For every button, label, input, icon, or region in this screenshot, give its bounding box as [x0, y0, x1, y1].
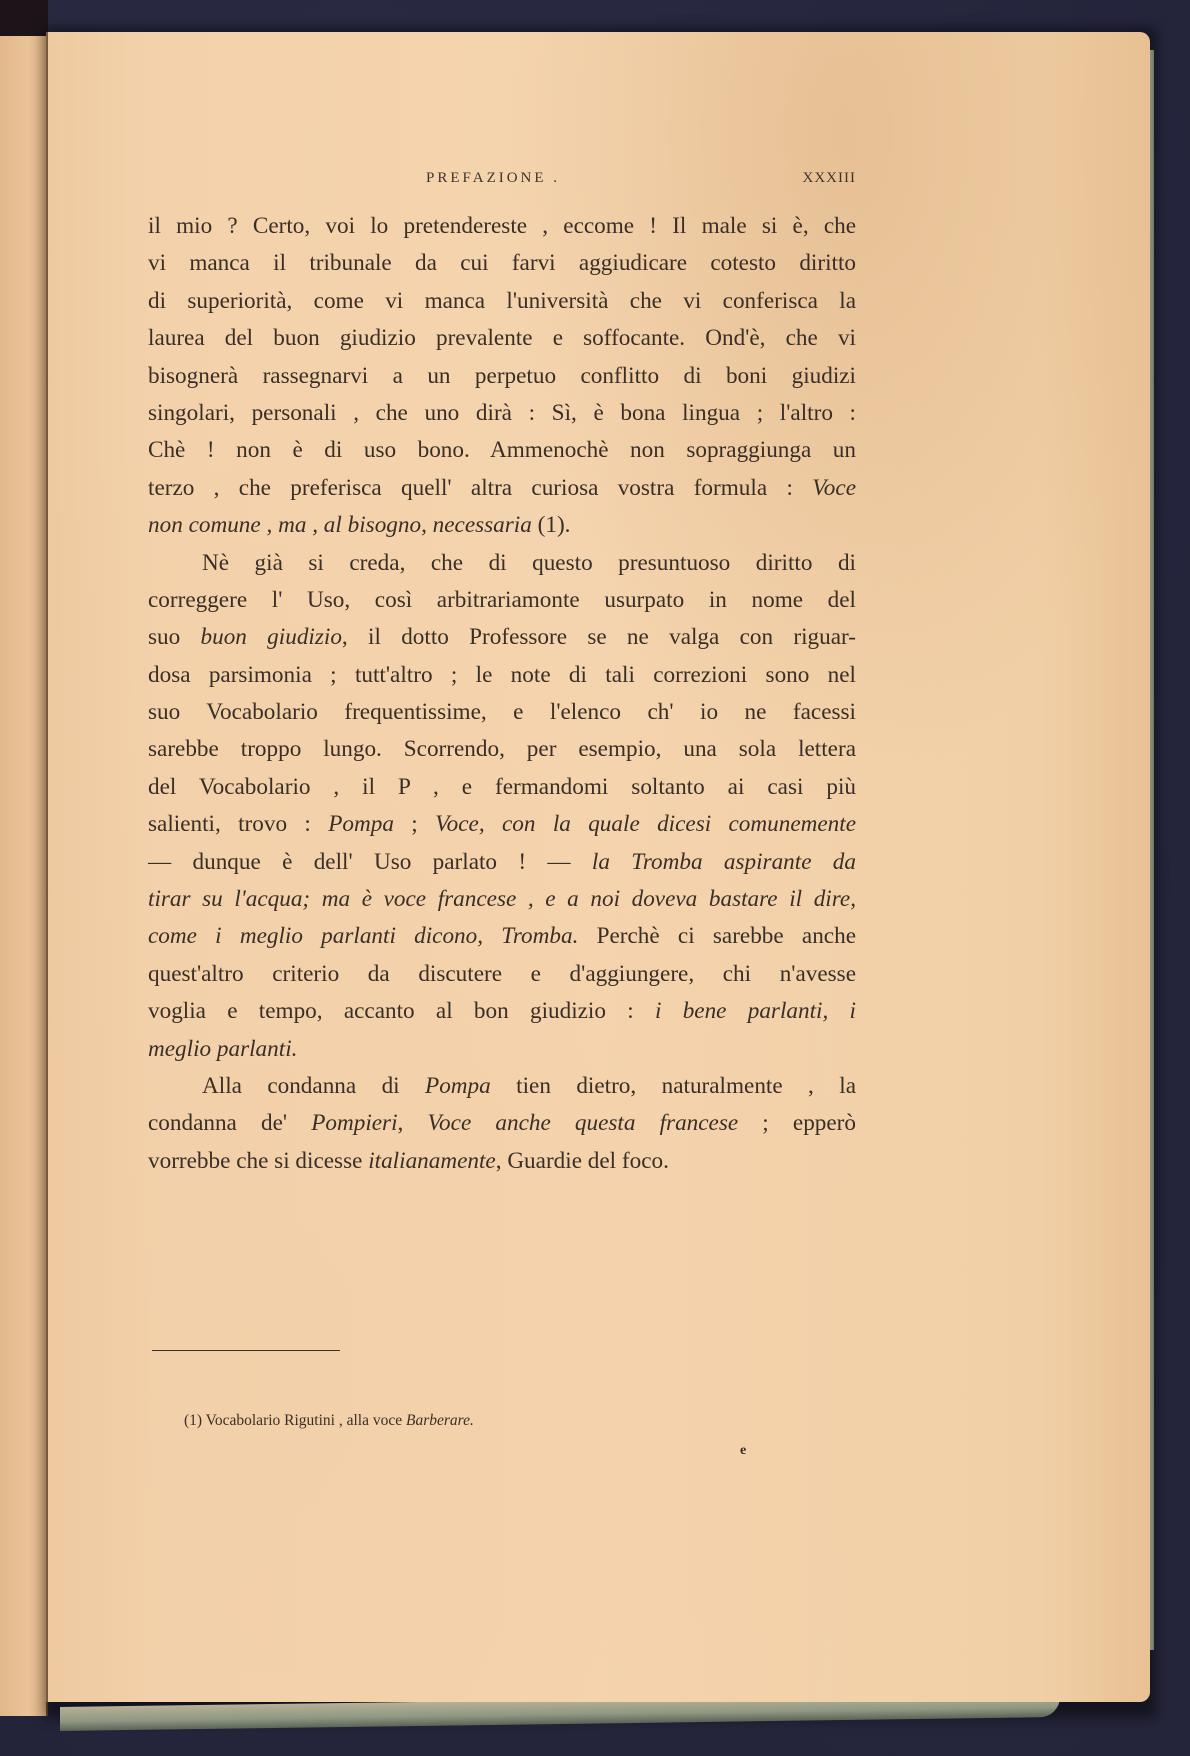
- italic-text: Pompa: [425, 1073, 491, 1099]
- roman-text: ;: [394, 811, 435, 837]
- roman-text: condanna de': [148, 1110, 311, 1136]
- italic-text: come i meglio parlanti dicono, Tromba.: [148, 923, 578, 949]
- roman-text: , Guardie del foco.: [496, 1148, 669, 1174]
- italic-text: Pompieri: [311, 1110, 397, 1136]
- italic-text: italianamente: [368, 1148, 496, 1174]
- roman-text: vi manca il tribunale da cui farvi aggiu…: [148, 250, 856, 276]
- roman-text: bisognerà rassegnarvi a un perpetuo conf…: [148, 363, 856, 389]
- roman-text: ,: [398, 1110, 428, 1136]
- roman-text: singolari, personali , che uno dirà : Sì…: [148, 400, 856, 426]
- paragraph-first-line: Nè già si creda, che di questo presuntuo…: [148, 545, 856, 582]
- text-line: — dunque è dell' Uso parlato ! — la Trom…: [148, 844, 856, 881]
- text-line: terzo , che preferisca quell' altra curi…: [148, 470, 856, 507]
- italic-text: tirar su l'acqua; ma è voce francese , e…: [148, 886, 856, 912]
- text-line: vi manca il tribunale da cui farvi aggiu…: [148, 245, 856, 282]
- book-spine-shadow: [0, 0, 48, 38]
- roman-text: ; epperò: [738, 1110, 856, 1136]
- text-line: singolari, personali , che uno dirà : Sì…: [148, 395, 856, 432]
- text-line: correggere l' Uso, così arbitrariamonte …: [148, 582, 856, 619]
- footnote-text: Vocabolario Rigutini , alla voce: [202, 1412, 406, 1429]
- body-text: il mio ? Certo, voi lo pretendereste , e…: [148, 208, 856, 1180]
- text-line: il mio ? Certo, voi lo pretendereste , e…: [148, 208, 856, 245]
- text-line: vorrebbe che si dicesse italianamente, G…: [148, 1143, 856, 1180]
- roman-text: quest'altro criterio da discutere e d'ag…: [148, 961, 856, 987]
- text-line: sarebbe troppo lungo. Scorrendo, per ese…: [148, 731, 856, 768]
- roman-text: sarebbe troppo lungo. Scorrendo, per ese…: [148, 736, 856, 762]
- roman-text: il mio ? Certo, voi lo pretendereste , e…: [148, 213, 856, 239]
- printer-mark: e: [740, 1443, 746, 1459]
- roman-text: salienti, trovo :: [148, 811, 328, 837]
- roman-text: suo Vocabolario frequentissime, e l'elen…: [148, 699, 856, 725]
- text-line: voglia e tempo, accanto al bon giudizio …: [148, 993, 856, 1030]
- roman-text: laurea del buon giudizio prevalente e so…: [148, 325, 856, 351]
- text-line: come i meglio parlanti dicono, Tromba. P…: [148, 918, 856, 955]
- italic-text: Voce: [812, 475, 856, 501]
- text-line: condanna de' Pompieri, Voce anche questa…: [148, 1105, 856, 1142]
- italic-text: non comune , ma , al bisogno, necessaria: [148, 512, 532, 538]
- text-line: dosa parsimonia ; tutt'altro ; le note d…: [148, 657, 856, 694]
- text-line: suo buon giudizio, il dotto Professore s…: [148, 619, 856, 656]
- italic-text: la Tromba aspirante da: [592, 849, 856, 875]
- roman-text: voglia e tempo, accanto al bon giudizio …: [148, 998, 655, 1024]
- text-line: salienti, trovo : Pompa ; Voce, con la q…: [148, 806, 856, 843]
- footnote-italic-term: Barberare.: [406, 1412, 474, 1429]
- roman-text: Alla condanna di: [202, 1073, 425, 1099]
- text-line: del Vocabolario , il P , e fermandomi so…: [148, 769, 856, 806]
- text-line: bisognerà rassegnarvi a un perpetuo conf…: [148, 358, 856, 395]
- text-line: laurea del buon giudizio prevalente e so…: [148, 320, 856, 357]
- italic-text: i bene parlanti, i: [655, 998, 856, 1024]
- roman-text: terzo , che preferisca quell' altra curi…: [148, 475, 812, 501]
- running-header: PREFAZIONE . XXXIII: [150, 170, 856, 194]
- footnote-divider: [152, 1350, 340, 1351]
- italic-text: Voce, con la quale dicesi comunemente: [435, 811, 856, 837]
- footnote-marker: (1): [184, 1412, 202, 1429]
- running-title: PREFAZIONE .: [426, 170, 560, 187]
- text-line: quest'altro criterio da discutere e d'ag…: [148, 956, 856, 993]
- text-line: tirar su l'acqua; ma è voce francese , e…: [148, 881, 856, 918]
- roman-text: — dunque è dell' Uso parlato ! —: [148, 849, 592, 875]
- text-line: non comune , ma , al bisogno, necessaria…: [148, 507, 856, 544]
- footnote: (1) Vocabolario Rigutini , alla voce Bar…: [184, 1412, 474, 1430]
- roman-text: di superiorità, come vi manca l'universi…: [148, 288, 856, 314]
- roman-text: , il dotto Professore se ne valga con ri…: [342, 624, 856, 650]
- italic-text: buon giudizio: [201, 624, 342, 650]
- italic-text: meglio parlanti.: [148, 1036, 297, 1062]
- paragraph-first-line: Alla condanna di Pompa tien dietro, natu…: [148, 1068, 856, 1105]
- roman-text: Perchè ci sarebbe anche: [578, 923, 856, 949]
- roman-text: tien dietro, naturalmente , la: [491, 1073, 856, 1099]
- page-number: XXXIII: [803, 170, 856, 187]
- roman-text: del Vocabolario , il P , e fermandomi so…: [148, 774, 856, 800]
- roman-text: suo: [148, 624, 201, 650]
- roman-text: vorrebbe che si dicesse: [148, 1148, 368, 1174]
- text-line: suo Vocabolario frequentissime, e l'elen…: [148, 694, 856, 731]
- italic-text: Voce anche questa francese: [427, 1110, 738, 1136]
- text-line: meglio parlanti.: [148, 1031, 856, 1068]
- roman-text: Nè già si creda, che di questo presuntuo…: [202, 550, 856, 576]
- roman-text: Chè ! non è di uso bono. Ammenochè non s…: [148, 437, 856, 463]
- text-line: Chè ! non è di uso bono. Ammenochè non s…: [148, 432, 856, 469]
- roman-text: dosa parsimonia ; tutt'altro ; le note d…: [148, 662, 856, 688]
- facing-page-edge: [0, 36, 48, 1716]
- text-line: di superiorità, come vi manca l'universi…: [148, 283, 856, 320]
- italic-text: Pompa: [328, 811, 394, 837]
- roman-text: correggere l' Uso, così arbitrariamonte …: [148, 587, 856, 613]
- roman-text: (1).: [532, 512, 571, 538]
